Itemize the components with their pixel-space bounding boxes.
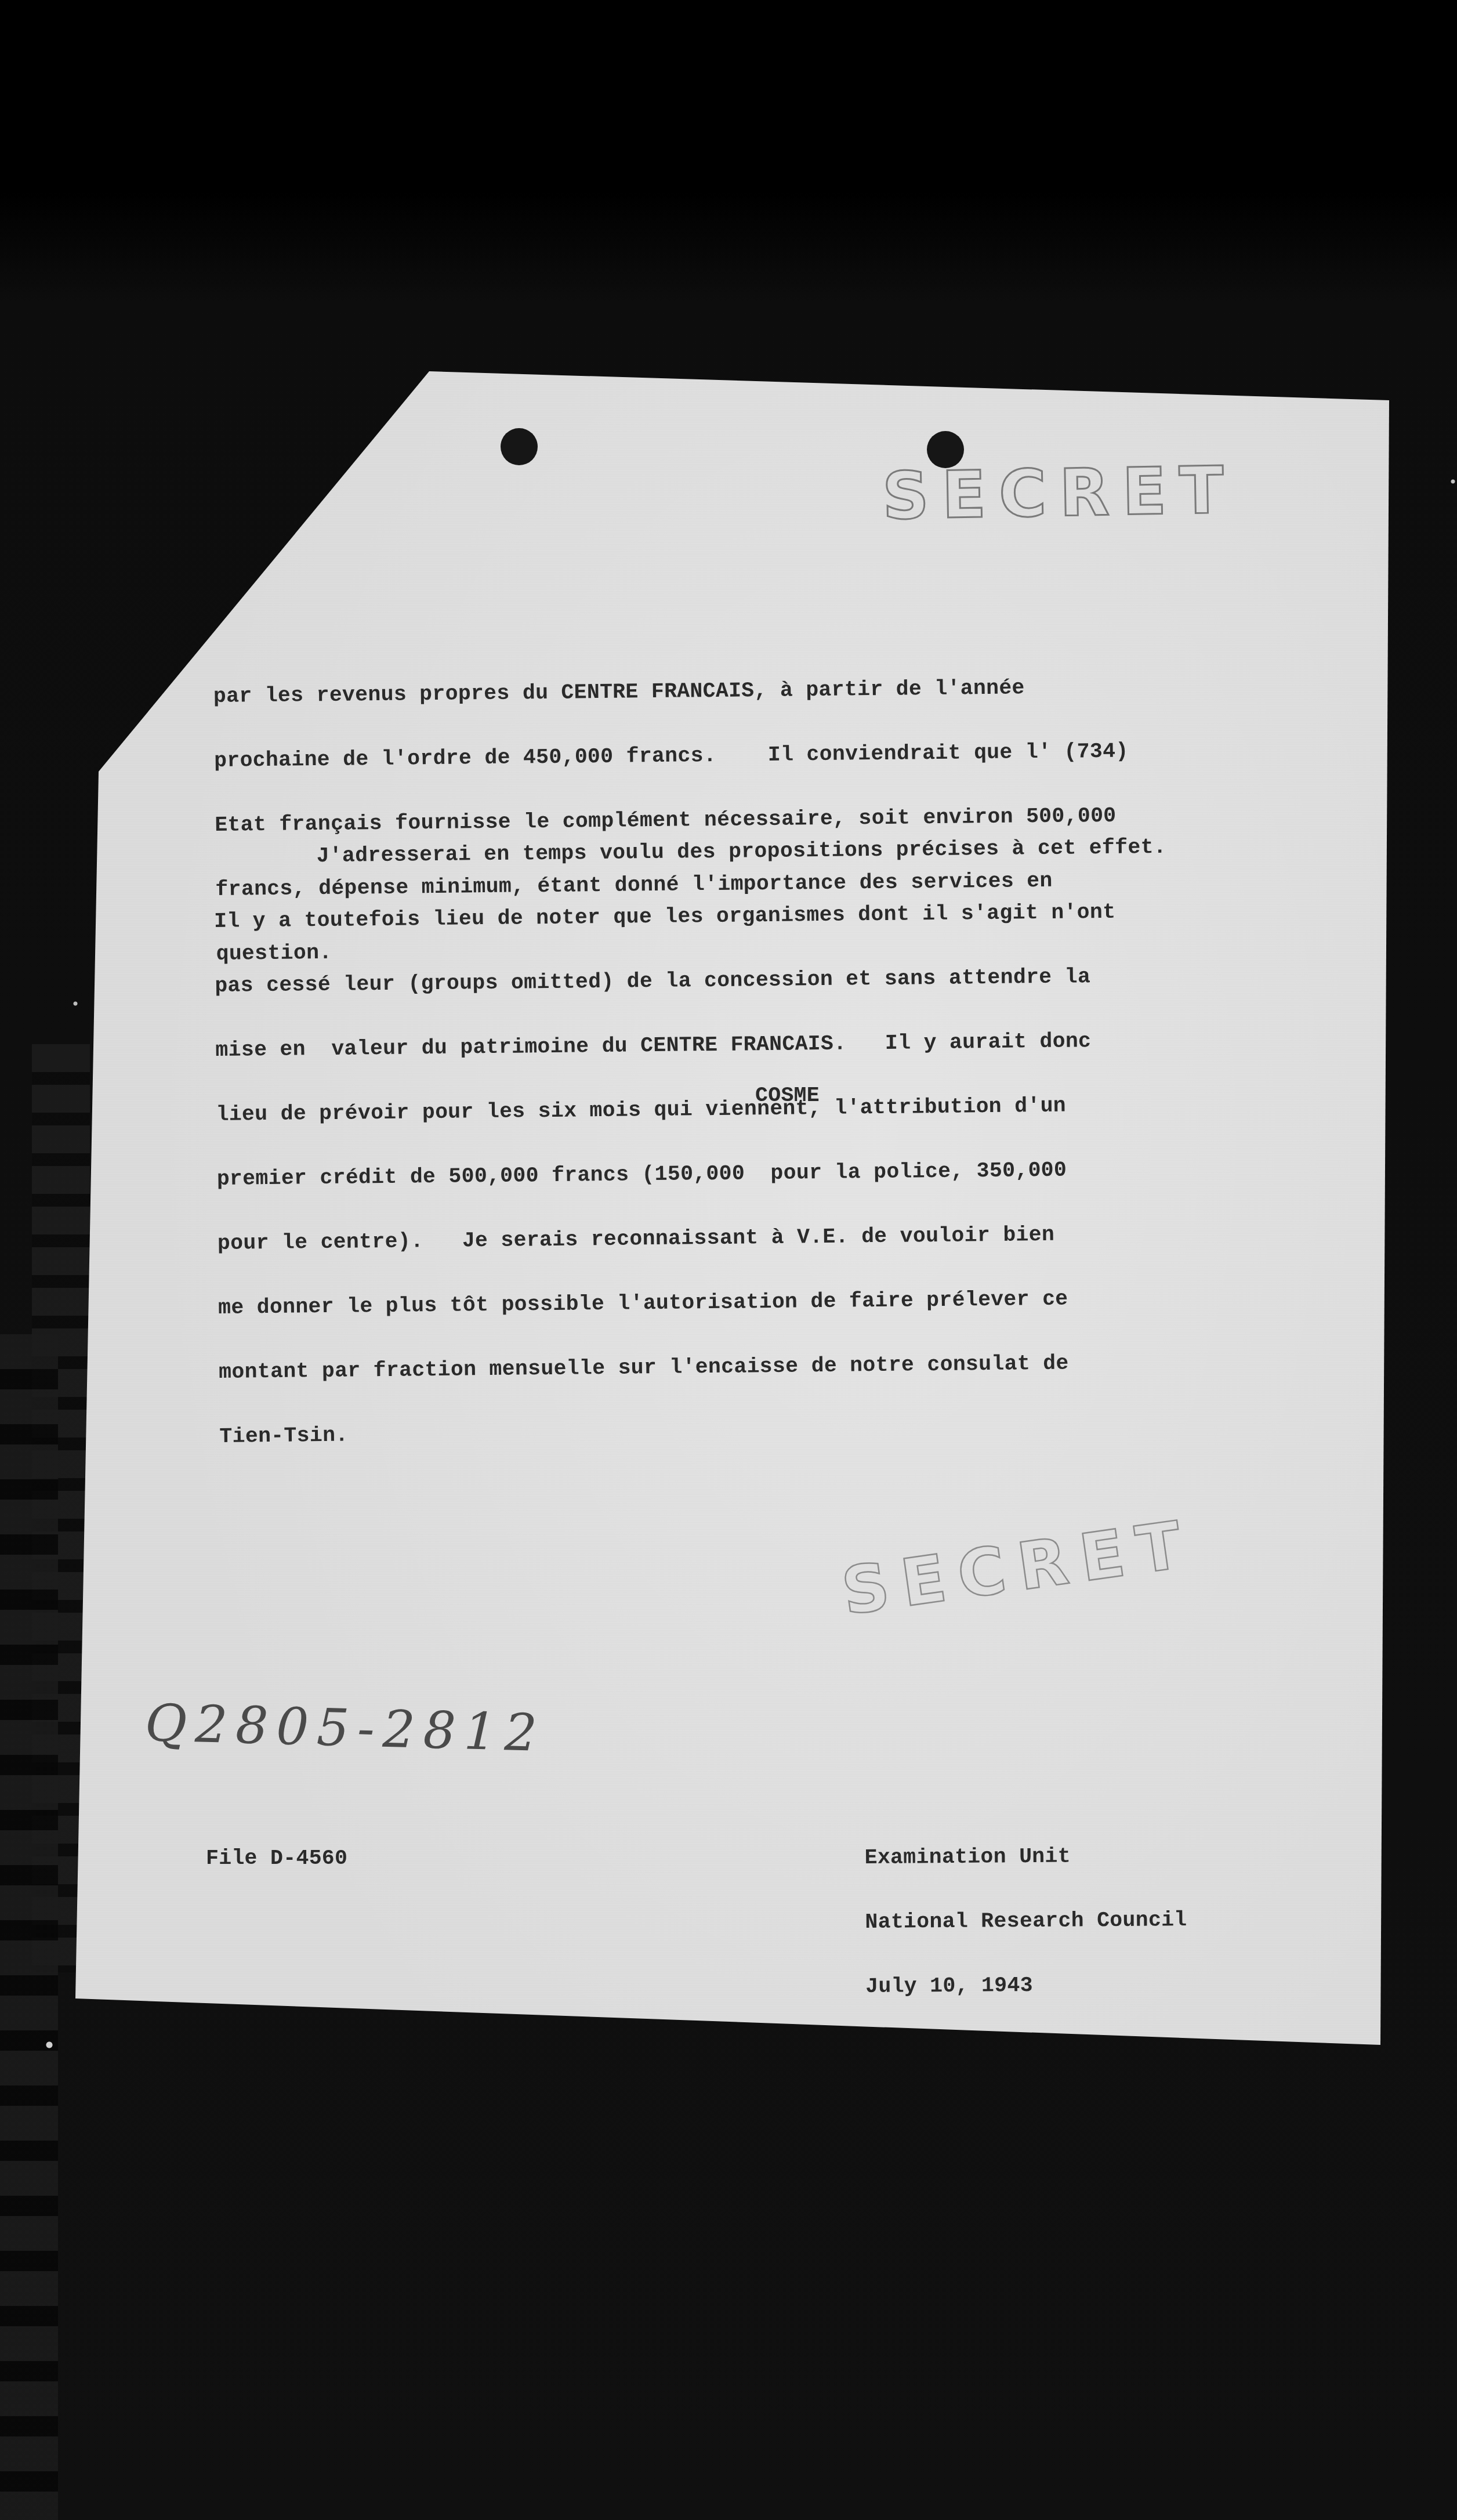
body-line: par les revenus propres du CENTRE FRANCA… [213, 676, 1128, 707]
body-line: lieu de prévoir pour les six mois qui vi… [216, 1094, 1169, 1125]
file-reference: File D-4560 [206, 1848, 347, 1869]
punch-hole-left [501, 428, 538, 465]
issuer-block: Examination Unit National Research Counc… [864, 1802, 1188, 2019]
body-line: Tien-Tsin. [219, 1416, 1172, 1447]
issue-date: July 10, 1943 [865, 1974, 1187, 1997]
body-line: mise en valeur du patrimoine du CENTRE F… [215, 1030, 1168, 1061]
issuer-unit: Examination Unit [865, 1845, 1187, 1869]
body-paragraph-2: J'adresserai en temps voulu des proposit… [213, 794, 1173, 1469]
body-line: J'adresserai en temps voulu des proposit… [213, 837, 1166, 868]
issuer-council: National Research Council [865, 1909, 1187, 1933]
body-line: pour le centre). Je serais reconnaissant… [218, 1223, 1170, 1254]
handwritten-reference-note: Q2805-2812 [144, 1697, 546, 1759]
body-line: montant par fraction mensuelle sur l'enc… [219, 1352, 1172, 1383]
signature: COSME [755, 1085, 820, 1106]
body-line: Il y a toutefois lieu de noter que les o… [214, 901, 1167, 932]
body-line: pas cessé leur (groups omitted) de la co… [215, 965, 1168, 997]
body-line: premier crédit de 500,000 francs (150,00… [217, 1158, 1170, 1190]
body-line: me donner le plus tôt possible l'autoris… [218, 1287, 1171, 1319]
secret-stamp-top: SECRET [882, 458, 1237, 529]
body-line: prochaine de l'ordre de 450,000 francs. … [214, 740, 1129, 772]
film-strip-edge [0, 1334, 58, 2520]
